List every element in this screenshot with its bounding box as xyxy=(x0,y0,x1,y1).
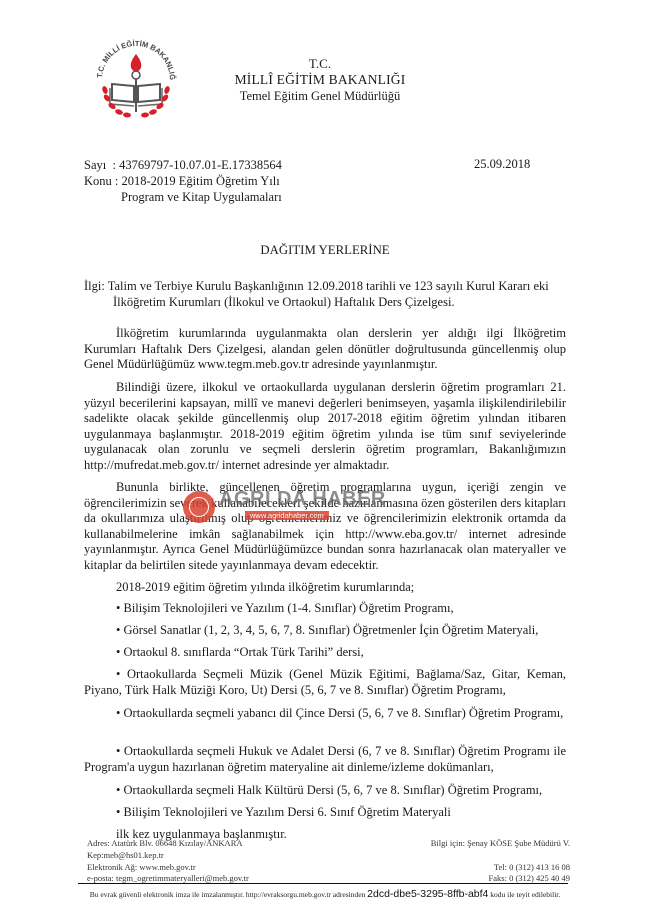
bullet-item: • Ortaokullarda Seçmeli Müzik (Genel Müz… xyxy=(84,667,566,698)
letterhead-directorate: Temel Eğitim Genel Müdürlüğü xyxy=(190,88,450,104)
footer-kep: Kep:meb@hs01.kep.tr xyxy=(87,850,249,862)
footer-address: Adres: Atatürk Blv. 06648 Kızılay/ANKARA xyxy=(87,838,249,850)
footer-web: Elektronik Ağ: www.meb.gov.tr xyxy=(87,862,249,874)
bullet-item: • Ortaokul 8. sınıflarda “Ortak Türk Tar… xyxy=(84,645,566,661)
verify-suffix: kodu ile teyit edilebilir. xyxy=(490,890,560,899)
footer-info: Bilgi için: Şenay KÖSE Şube Müdürü V. Te… xyxy=(431,838,570,885)
paragraph-3: Bununla birlikte, güncellenen öğretim pr… xyxy=(84,480,566,574)
addressee: DAĞITIM YERLERİNE xyxy=(0,243,650,258)
sayi-label: Sayı xyxy=(84,158,106,172)
paragraph-4: 2018-2019 eğitim öğretim yılında ilköğre… xyxy=(84,580,566,596)
ministry-logo: T.C. MİLLİ EĞİTİM BAKANLIĞI xyxy=(88,28,184,124)
ministry-emblem-icon: T.C. MİLLİ EĞİTİM BAKANLIĞI xyxy=(88,28,184,124)
footer-divider xyxy=(78,883,568,884)
paragraph-2: Bilindiği üzere, ilkokul ve ortaokullard… xyxy=(84,380,566,474)
reference-line-1: İlgi: Talim ve Terbiye Kurulu Başkanlığı… xyxy=(84,279,564,295)
letterhead-tc: T.C. xyxy=(190,56,450,72)
document-subject-cont: Program ve Kitap Uygulamaları xyxy=(121,189,282,205)
bullet-item: • Bilişim Teknolojileri ve Yazılım (1-4.… xyxy=(84,601,566,617)
konu-label: Konu xyxy=(84,174,112,188)
verification-line: Bu evrak güvenli elektronik imza ile imz… xyxy=(0,888,650,900)
verify-code: 2dcd-dbe5-3295-8ffb-abf4 xyxy=(367,888,488,900)
bullet-item: • Görsel Sanatlar (1, 2, 3, 4, 5, 6, 7, … xyxy=(84,623,566,639)
bullet-item: • Bilişim Teknolojileri ve Yazılım Dersi… xyxy=(84,805,566,821)
document-number: Sayı : 43769797-10.07.01-E.17338564 xyxy=(84,157,282,173)
bullet-item: • Ortaokullarda seçmeli Hukuk ve Adalet … xyxy=(84,744,566,775)
paragraph-1: İlköğretim kurumlarında uygulanmakta ola… xyxy=(84,326,566,373)
bullet-item: • Ortaokullarda seçmeli yabancı dil Çinc… xyxy=(84,706,566,722)
reference-line-2: İlköğretim Kurumları (İlkokul ve Ortaoku… xyxy=(84,295,564,311)
footer-tel: Tel: 0 (312) 413 16 08 xyxy=(431,862,570,874)
verify-prefix: Bu evrak güvenli elektronik imza ile imz… xyxy=(90,890,366,899)
bullet-item: • Ortaokullarda seçmeli Halk Kültürü Der… xyxy=(84,783,566,799)
reference: İlgi: Talim ve Terbiye Kurulu Başkanlığı… xyxy=(84,279,564,310)
footer-contact: Adres: Atatürk Blv. 06648 Kızılay/ANKARA… xyxy=(87,838,249,885)
letterhead-ministry: MİLLÎ EĞİTİM BAKANLIĞI xyxy=(190,72,450,88)
konu-value: : 2018-2019 Eğitim Öğretim Yılı xyxy=(115,174,280,188)
document-date: 25.09.2018 xyxy=(474,157,530,172)
footer-info-person: Bilgi için: Şenay KÖSE Şube Müdürü V. xyxy=(431,838,570,850)
sayi-value: : 43769797-10.07.01-E.17338564 xyxy=(112,158,281,172)
document-subject: Konu : 2018-2019 Eğitim Öğretim Yılı xyxy=(84,173,280,189)
